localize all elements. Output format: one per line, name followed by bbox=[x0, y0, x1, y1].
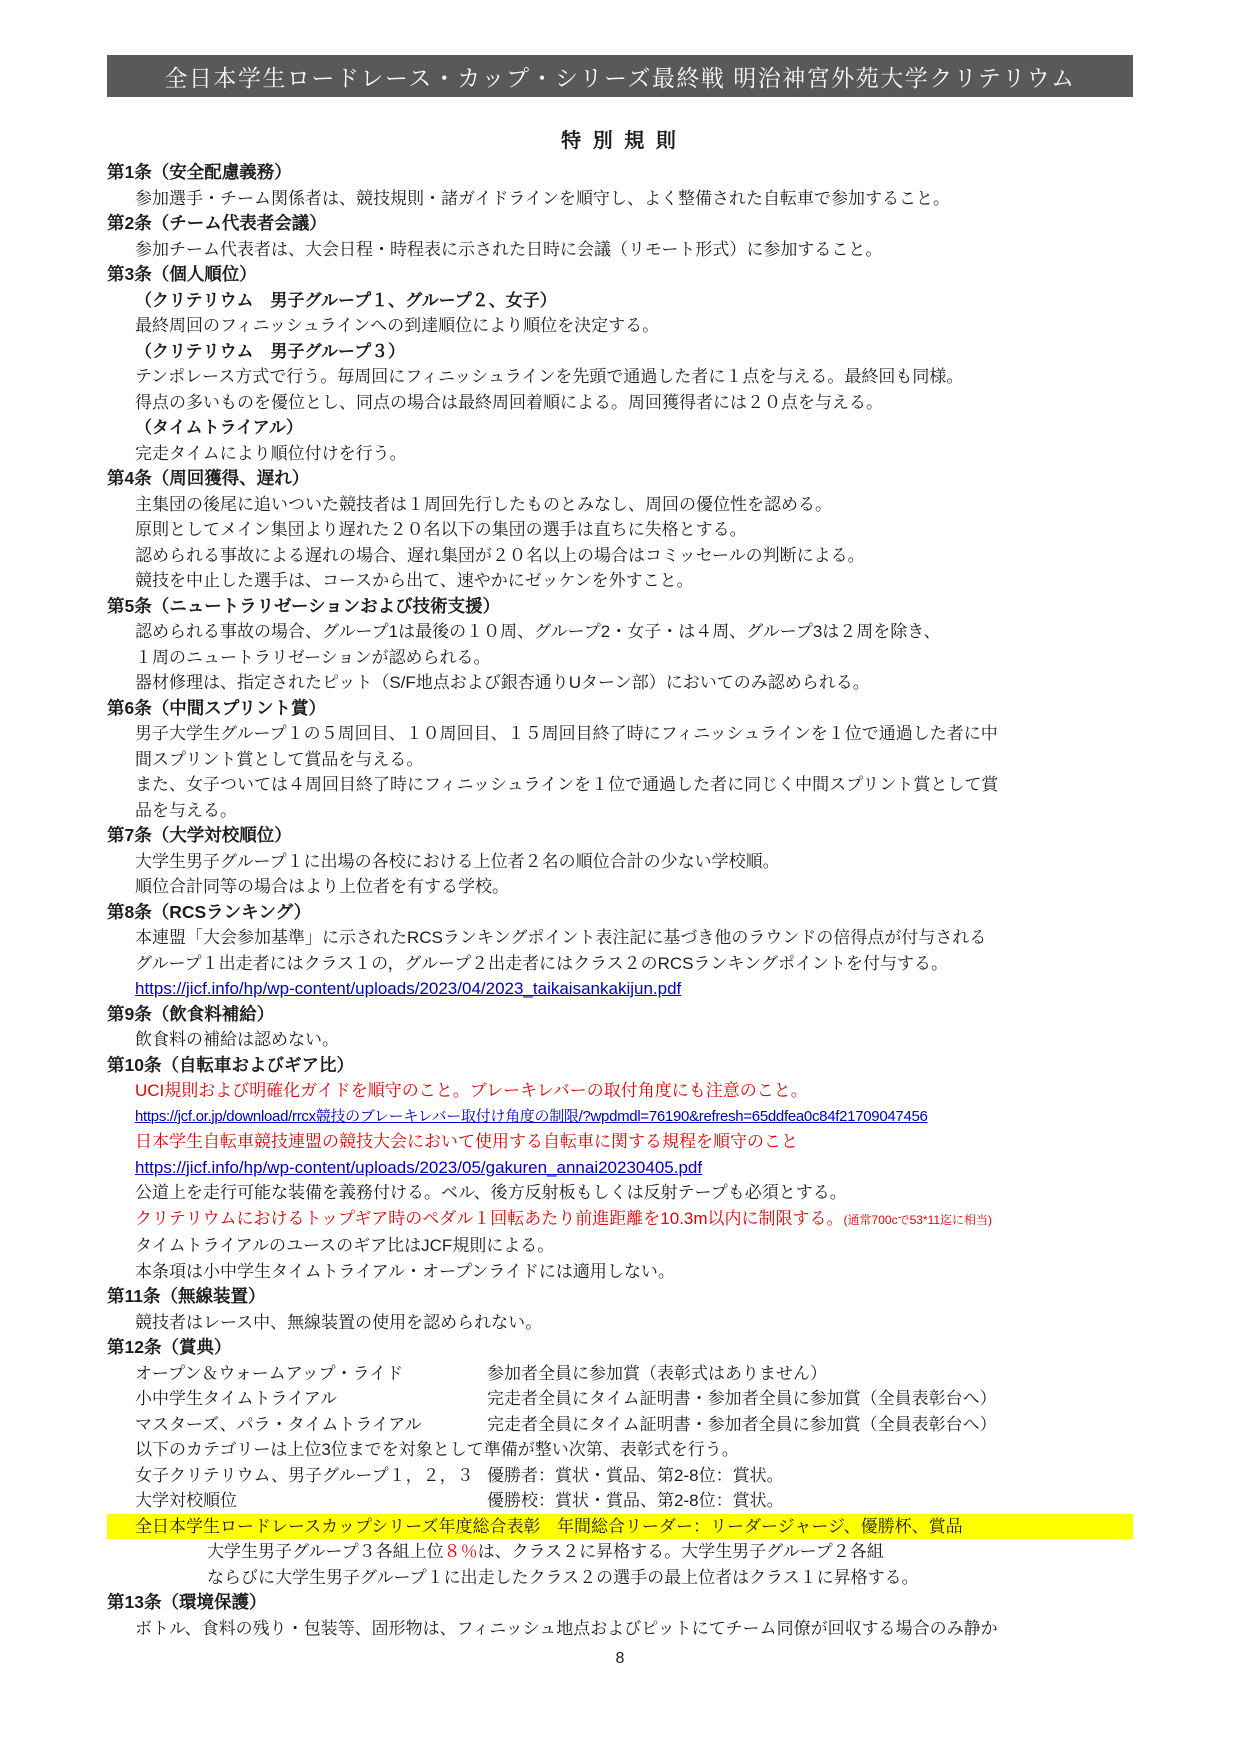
rule-line: 認められる事故の場合、グループ1は最後の１０周、グループ2・女子・は４周、グルー… bbox=[135, 619, 1133, 645]
rule-article: 第13条（環境保護）ボトル、食料の残り・包装等、固形物は、フィニッシュ地点および… bbox=[107, 1590, 1133, 1641]
rule-line: クリテリウムにおけるトップギア時のペダル１回転あたり前進距離を10.3m以内に制… bbox=[135, 1206, 1133, 1234]
document-page: 全日本学生ロードレース・カップ・シリーズ最終戦 明治神宮外苑大学クリテリウム 特… bbox=[0, 0, 1240, 1754]
pdf-link[interactable]: https://jcf.or.jp/download/rrcx競技のブレーキレバ… bbox=[135, 1108, 928, 1125]
article-heading: 第2条（チーム代表者会議） bbox=[107, 211, 1133, 237]
rule-line: UCI規則および明確化ガイドを順守のこと。ブレーキレバーの取付角度にも注意のこと… bbox=[135, 1078, 1133, 1104]
prize-description: 参加者全員に参加賞（表彰式はありません） bbox=[487, 1364, 827, 1383]
article-heading: 第4条（周回獲得、遅れ） bbox=[107, 466, 1133, 492]
rule-line: 参加選手・チーム関係者は、競技規則・諸ガイドラインを順守し、よく整備された自転車… bbox=[135, 186, 1133, 212]
rule-line: オープン＆ウォームアップ・ライド参加者全員に参加賞（表彰式はありません） bbox=[135, 1361, 1133, 1387]
prize-description: 優勝者：賞状・賞品、第2-8位：賞状。 bbox=[487, 1466, 784, 1485]
rule-line: 以下のカテゴリーは上位3位までを対象として準備が整い次第、表彰式を行う。 bbox=[135, 1437, 1133, 1463]
rule-line: 参加チーム代表者は、大会日程・時程表に示された日時に会議（リモート形式）に参加す… bbox=[135, 237, 1133, 263]
rule-line: 完走タイムにより順位付けを行う。 bbox=[135, 441, 1133, 467]
document-title: 特 別 規 則 bbox=[107, 124, 1133, 153]
prize-description: 優勝校：賞状・賞品、第2-8位：賞状。 bbox=[487, 1491, 784, 1510]
rule-line: 大学対校順位優勝校：賞状・賞品、第2-8位：賞状。 bbox=[135, 1488, 1133, 1514]
prize-description: 完走者全員にタイム証明書・参加者全員に参加賞（全員表彰台へ） bbox=[487, 1389, 997, 1408]
rule-line: 飲食料の補給は認めない。 bbox=[135, 1027, 1133, 1053]
rule-article: 第8条（RCSランキング）本連盟「大会参加基準」に示されたRCSランキングポイン… bbox=[107, 900, 1133, 1002]
banner-title: 全日本学生ロードレース・カップ・シリーズ最終戦 明治神宮外苑大学クリテリウム bbox=[164, 60, 1075, 93]
article-heading: 第6条（中間スプリント賞） bbox=[107, 696, 1133, 722]
document-content: 特 別 規 則 第1条（安全配慮義務）参加選手・チーム関係者は、競技規則・諸ガイ… bbox=[107, 124, 1133, 1641]
emphasized-text: (通常700cで53*11迄に相当) bbox=[844, 1213, 993, 1227]
rule-line: １周のニュートラリゼーションが認められる。 bbox=[135, 645, 1133, 671]
rule-line: 競技者はレース中、無線装置の使用を認められない。 bbox=[135, 1310, 1133, 1336]
rule-article: 第9条（飲食料補給）飲食料の補給は認めない。 bbox=[107, 1002, 1133, 1053]
rule-line: 認められる事故による遅れの場合、遅れ集団が２０名以上の場合はコミッセールの判断に… bbox=[135, 543, 1133, 569]
prize-category: 小中学生タイムトライアル bbox=[135, 1386, 487, 1412]
prize-category: 大学対校順位 bbox=[135, 1488, 487, 1514]
prize-category: オープン＆ウォームアップ・ライド bbox=[135, 1361, 487, 1387]
prize-category: 女子クリテリウム、男子グループ１，２，３ bbox=[135, 1463, 487, 1489]
rule-line: 間スプリント賞として賞品を与える。 bbox=[135, 747, 1133, 773]
rule-line: タイムトライアルのユースのギア比はJCF規則による。 bbox=[135, 1233, 1133, 1259]
rule-line: テンポレース方式で行う。毎周回にフィニッシュラインを先頭で通過した者に１点を与え… bbox=[135, 364, 1133, 390]
rule-article: 第5条（ニュートラリゼーションおよび技術支援）認められる事故の場合、グループ1は… bbox=[107, 594, 1133, 696]
rule-line: （クリテリウム 男子グループ１、グループ２、女子） bbox=[135, 288, 1133, 314]
article-heading: 第7条（大学対校順位） bbox=[107, 823, 1133, 849]
emphasized-text: クリテリウムにおけるトップギア時のペダル１回転あたり前進距離を10.3m以内に制… bbox=[135, 1209, 844, 1228]
document-header-banner: 全日本学生ロードレース・カップ・シリーズ最終戦 明治神宮外苑大学クリテリウム bbox=[107, 55, 1133, 97]
article-heading: 第13条（環境保護） bbox=[107, 1590, 1133, 1616]
rule-line: 原則としてメイン集団より遅れた２０名以下の集団の選手は直ちに失格とする。 bbox=[135, 517, 1133, 543]
rule-line: https://jicf.info/hp/wp-content/uploads/… bbox=[135, 976, 1133, 1002]
page-number: 8 bbox=[0, 1650, 1240, 1668]
article-heading: 第1条（安全配慮義務） bbox=[107, 160, 1133, 186]
article-heading: 第10条（自転車およびギア比） bbox=[107, 1053, 1133, 1079]
rule-line: 大学生男子グループ３各組上位８％は、クラス２に昇格する。大学生男子グループ２各組 bbox=[207, 1539, 1133, 1565]
rule-line: 本条項は小中学生タイムトライアル・オープンライドには適用しない。 bbox=[135, 1259, 1133, 1285]
rule-line: 女子クリテリウム、男子グループ１，２，３優勝者：賞状・賞品、第2-8位：賞状。 bbox=[135, 1463, 1133, 1489]
rule-article: 第4条（周回獲得、遅れ）主集団の後尾に追いついた競技者は１周回先行したものとみな… bbox=[107, 466, 1133, 594]
rule-article: 第6条（中間スプリント賞）男子大学生グループ１の５周回目、１０周回目、１５周回目… bbox=[107, 696, 1133, 824]
rule-article: 第3条（個人順位）（クリテリウム 男子グループ１、グループ２、女子）最終周回のフ… bbox=[107, 262, 1133, 466]
rule-line: また、女子ついては４周回目終了時にフィニッシュラインを１位で通過した者に同じく中… bbox=[135, 772, 1133, 798]
rule-line: 日本学生自転車競技連盟の競技大会において使用する自転車に関する規程を順守のこと bbox=[135, 1129, 1133, 1155]
rule-line: 男子大学生グループ１の５周回目、１０周回目、１５周回目終了時にフィニッシュライン… bbox=[135, 721, 1133, 747]
rule-line: https://jicf.info/hp/wp-content/uploads/… bbox=[135, 1155, 1133, 1181]
pdf-link[interactable]: https://jicf.info/hp/wp-content/uploads/… bbox=[135, 979, 681, 998]
article-heading: 第8条（RCSランキング） bbox=[107, 900, 1133, 926]
rule-line: 競技を中止した選手は、コースから出て、速やかにゼッケンを外すこと。 bbox=[135, 568, 1133, 594]
rule-line: 小中学生タイムトライアル完走者全員にタイム証明書・参加者全員に参加賞（全員表彰台… bbox=[135, 1386, 1133, 1412]
emphasized-text: ８％ bbox=[444, 1542, 478, 1561]
rule-line: 主集団の後尾に追いついた競技者は１周回先行したものとみなし、周回の優位性を認める… bbox=[135, 492, 1133, 518]
article-heading: 第3条（個人順位） bbox=[107, 262, 1133, 288]
prize-category: 全日本学生ロードレースカップシリーズ年度総合表彰 bbox=[135, 1514, 557, 1540]
prize-description: 年間総合リーダー：リーダージャージ、優勝杯、賞品 bbox=[557, 1517, 963, 1536]
article-heading: 第9条（飲食料補給） bbox=[107, 1002, 1133, 1028]
rule-line: 本連盟「大会参加基準」に示されたRCSランキングポイント表注記に基づき他のラウン… bbox=[135, 925, 1133, 951]
rule-line: 得点の多いものを優位とし、同点の場合は最終周回着順による。周回獲得者には２０点を… bbox=[135, 390, 1133, 416]
pdf-link[interactable]: https://jicf.info/hp/wp-content/uploads/… bbox=[135, 1158, 702, 1177]
rule-article: 第7条（大学対校順位）大学生男子グループ１に出場の各校における上位者２名の順位合… bbox=[107, 823, 1133, 900]
rule-line: 順位合計同等の場合はより上位者を有する学校。 bbox=[135, 874, 1133, 900]
rule-line: 大学生男子グループ１に出場の各校における上位者２名の順位合計の少ない学校順。 bbox=[135, 849, 1133, 875]
article-heading: 第12条（賞典） bbox=[107, 1335, 1133, 1361]
rule-article: 第12条（賞典）オープン＆ウォームアップ・ライド参加者全員に参加賞（表彰式はあり… bbox=[107, 1335, 1133, 1590]
rule-article: 第2条（チーム代表者会議）参加チーム代表者は、大会日程・時程表に示された日時に会… bbox=[107, 211, 1133, 262]
rule-line: ボトル、食料の残り・包装等、固形物は、フィニッシュ地点およびピットにてチーム同僚… bbox=[135, 1616, 1133, 1642]
rule-text: は、クラス２に昇格する。大学生男子グループ２各組 bbox=[478, 1542, 884, 1561]
article-heading: 第11条（無線装置） bbox=[107, 1284, 1133, 1310]
rule-text: 大学生男子グループ３各組上位 bbox=[207, 1542, 444, 1561]
prize-description: 完走者全員にタイム証明書・参加者全員に参加賞（全員表彰台へ） bbox=[487, 1415, 997, 1434]
rule-article: 第10条（自転車およびギア比）UCI規則および明確化ガイドを順守のこと。ブレーキ… bbox=[107, 1053, 1133, 1285]
rule-line: 公道上を走行可能な装備を義務付ける。ベル、後方反射板もしくは反射テープも必須とす… bbox=[135, 1180, 1133, 1206]
rule-line: 器材修理は、指定されたピット（S/F地点および銀杏通りUターン部）においてのみ認… bbox=[135, 670, 1133, 696]
rule-article: 第1条（安全配慮義務）参加選手・チーム関係者は、競技規則・諸ガイドラインを順守し… bbox=[107, 160, 1133, 211]
prize-category: マスターズ、パラ・タイムトライアル bbox=[135, 1412, 487, 1438]
rule-line: （クリテリウム 男子グループ３） bbox=[135, 339, 1133, 365]
highlighted-rule-line: 全日本学生ロードレースカップシリーズ年度総合表彰年間総合リーダー：リーダージャー… bbox=[107, 1514, 1133, 1540]
rule-line: マスターズ、パラ・タイムトライアル完走者全員にタイム証明書・参加者全員に参加賞（… bbox=[135, 1412, 1133, 1438]
rule-line: 最終周回のフィニッシュラインへの到達順位により順位を決定する。 bbox=[135, 313, 1133, 339]
rule-article: 第11条（無線装置）競技者はレース中、無線装置の使用を認められない。 bbox=[107, 1284, 1133, 1335]
rule-line: https://jcf.or.jp/download/rrcx競技のブレーキレバ… bbox=[135, 1104, 1133, 1130]
rule-line: 品を与える。 bbox=[135, 798, 1133, 824]
rule-line: ならびに大学生男子グループ１に出走したクラス２の選手の最上位者はクラス１に昇格す… bbox=[207, 1565, 1133, 1591]
rule-line: （タイムトライアル） bbox=[135, 415, 1133, 441]
article-heading: 第5条（ニュートラリゼーションおよび技術支援） bbox=[107, 594, 1133, 620]
rule-line: グループ１出走者にはクラス１の，グループ２出走者にはクラス２のRCSランキングポ… bbox=[135, 951, 1133, 977]
rules-list: 第1条（安全配慮義務）参加選手・チーム関係者は、競技規則・諸ガイドラインを順守し… bbox=[107, 160, 1133, 1641]
